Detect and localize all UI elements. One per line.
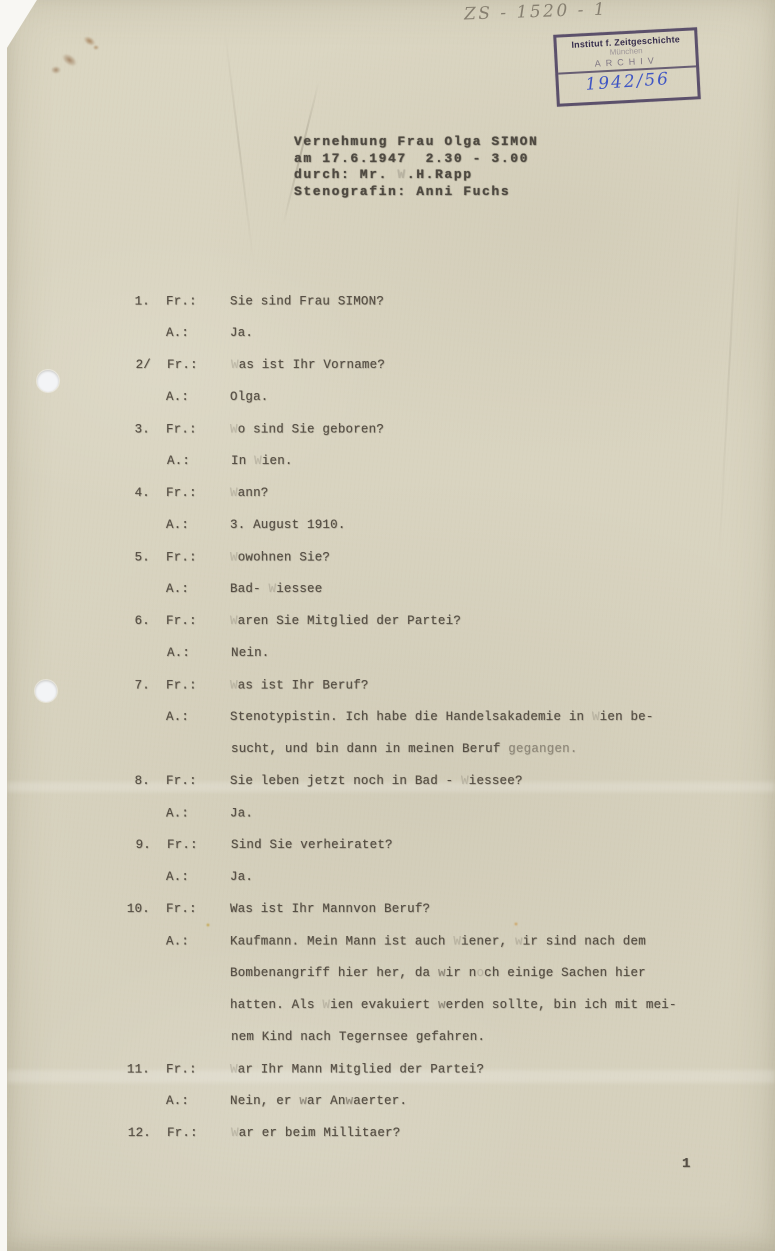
speaker-label: Fr.: xyxy=(157,1126,223,1140)
line-text: Wowohnen Sie? xyxy=(222,551,704,565)
transcript-line: 12. Fr.: War er beim Millitaer? xyxy=(105,1126,705,1140)
question-number: 7. xyxy=(104,679,156,693)
hole-punch-bottom xyxy=(35,680,57,702)
speaker-label: Fr.: xyxy=(156,614,222,628)
line-text: Was ist Ihr Vorname? xyxy=(223,358,705,372)
question-number xyxy=(104,518,156,532)
speaker-label: Fr.: xyxy=(156,423,222,437)
line-text: Ja. xyxy=(222,326,704,340)
speaker-label: A.: xyxy=(156,710,222,724)
speaker-label xyxy=(157,742,223,756)
question-number xyxy=(104,935,156,949)
transcript-line: 1. Fr.: Sie sind Frau SIMON? xyxy=(104,295,704,309)
line-text: nem Kind nach Tegernsee gefahren. xyxy=(223,1030,705,1044)
speaker-label: A.: xyxy=(156,582,222,596)
line-text: Was ist Ihr Mannvon Beruf? xyxy=(222,902,704,916)
speaker-label: A.: xyxy=(156,326,222,340)
page-number: 1 xyxy=(682,1156,690,1172)
line-text: Sie leben jetzt noch in Bad - Wiessee? xyxy=(222,774,704,788)
speaker-label: A.: xyxy=(157,646,223,660)
line-text: hatten. Als Wien evakuiert werden sollte… xyxy=(222,998,704,1012)
transcript-line: 10. Fr.: Was ist Ihr Mannvon Beruf? xyxy=(104,902,704,916)
transcript-line: nem Kind nach Tegernsee gefahren. xyxy=(105,1030,705,1044)
question-number: 9. xyxy=(105,838,157,852)
transcript-line: A.: Ja. xyxy=(104,326,704,340)
transcript-line: A.: In Wien. xyxy=(105,454,705,468)
line-text: Wann? xyxy=(222,486,704,500)
question-number: 2/ xyxy=(105,358,157,372)
speaker-label: Fr.: xyxy=(156,679,222,693)
line-text: War er beim Millitaer? xyxy=(223,1126,705,1140)
speaker-label: Fr.: xyxy=(157,838,223,852)
question-number xyxy=(105,1030,157,1044)
transcript-line: 5. Fr.: Wowohnen Sie? xyxy=(104,551,704,565)
transcript-line: 7. Fr.: Was ist Ihr Beruf? xyxy=(104,679,704,693)
transcript-line: A.: Olga. xyxy=(104,390,704,404)
ink-stain xyxy=(51,66,61,74)
line-text: Nein. xyxy=(223,646,705,660)
line-text: Ja. xyxy=(222,807,704,821)
hole-punch-top xyxy=(37,370,59,392)
line-text: Sind Sie verheiratet? xyxy=(223,838,705,852)
transcript-line: A.: Nein. xyxy=(105,646,705,660)
transcript-line: 11. Fr.: War Ihr Mann Mitglied der Parte… xyxy=(104,1063,704,1077)
question-number xyxy=(104,998,156,1012)
line-text: Waren Sie Mitglied der Partei? xyxy=(222,614,704,628)
line-text: Was ist Ihr Beruf? xyxy=(222,679,704,693)
header-date-line: am 17.6.1947 2.30 - 3.00 xyxy=(294,151,538,168)
question-number xyxy=(104,582,156,596)
question-number: 6. xyxy=(104,614,156,628)
interrogation-header: Vernehmung Frau Olga SIMON am 17.6.1947 … xyxy=(294,134,538,200)
transcript-line: Bombenangriff hier her, da wir noch eini… xyxy=(104,966,704,980)
speaker-label: A.: xyxy=(156,518,222,532)
question-number xyxy=(104,710,156,724)
transcript-line: A.: Ja. xyxy=(104,870,704,884)
transcript-line: A.: Nein, er war Anwaerter. xyxy=(104,1094,704,1108)
speaker-label xyxy=(156,966,222,980)
line-text: Olga. xyxy=(222,390,704,404)
question-number xyxy=(104,390,156,404)
line-text: In Wien. xyxy=(223,454,705,468)
line-text: Bad- Wiessee xyxy=(222,582,704,596)
question-number xyxy=(105,742,157,756)
question-number xyxy=(104,326,156,340)
question-number xyxy=(104,1094,156,1108)
speaker-label: Fr.: xyxy=(156,486,222,500)
speaker-label: Fr.: xyxy=(156,295,222,309)
line-text: 3. August 1910. xyxy=(222,518,704,532)
qa-transcript: 1. Fr.: Sie sind Frau SIMON? A.: Ja. 2/ … xyxy=(104,294,704,1158)
speaker-label: Fr.: xyxy=(157,358,223,372)
transcript-line: 6. Fr.: Waren Sie Mitglied der Partei? xyxy=(104,614,704,628)
question-number: 5. xyxy=(104,551,156,565)
transcript-line: hatten. Als Wien evakuiert werden sollte… xyxy=(104,998,704,1012)
line-text: Kaufmann. Mein Mann ist auch Wiener, wir… xyxy=(222,935,704,949)
archive-stamp: Institut f. Zeitgeschichte München ARCHI… xyxy=(553,27,701,106)
question-number: 10. xyxy=(104,902,156,916)
speaker-label xyxy=(157,1030,223,1044)
scanned-document-page: ZS - 1520 - 1 Institut f. Zeitgeschichte… xyxy=(0,0,775,1251)
transcript-line: 8. Fr.: Sie leben jetzt noch in Bad - Wi… xyxy=(104,774,704,788)
ink-stain xyxy=(93,45,99,50)
transcript-line: A.: 3. August 1910. xyxy=(104,518,704,532)
question-number: 1. xyxy=(104,295,156,309)
question-number xyxy=(104,966,156,980)
speaker-label: A.: xyxy=(157,454,223,468)
header-interrogator-line: durch: Mr. W.H.Rapp xyxy=(294,167,538,184)
line-text: Ja. xyxy=(222,870,704,884)
speaker-label: Fr.: xyxy=(156,902,222,916)
speaker-label: A.: xyxy=(156,390,222,404)
question-number xyxy=(105,454,157,468)
transcript-line: 3. Fr.: Wo sind Sie geboren? xyxy=(104,423,704,437)
transcript-line: A.: Ja. xyxy=(104,807,704,821)
question-number: 4. xyxy=(104,486,156,500)
transcript-line: A.: Kaufmann. Mein Mann ist auch Wiener,… xyxy=(104,935,704,949)
transcript-line: A.: Bad- Wiessee xyxy=(104,582,704,596)
line-text: Wo sind Sie geboren? xyxy=(222,423,704,437)
transcript-line: sucht, und bin dann in meinen Beruf gega… xyxy=(105,742,705,756)
speaker-label: Fr.: xyxy=(156,551,222,565)
speaker-label: Fr.: xyxy=(156,1063,222,1077)
question-number: 11. xyxy=(104,1063,156,1077)
line-text: Bombenangriff hier her, da wir noch eini… xyxy=(222,966,704,980)
speaker-label: A.: xyxy=(156,935,222,949)
question-number xyxy=(104,807,156,821)
line-text: Sie sind Frau SIMON? xyxy=(222,295,704,309)
speaker-label: A.: xyxy=(156,807,222,821)
transcript-line: 9. Fr.: Sind Sie verheiratet? xyxy=(105,838,705,852)
question-number xyxy=(105,646,157,660)
speaker-label: A.: xyxy=(156,870,222,884)
line-text: Stenotypistin. Ich habe die Handelsakade… xyxy=(222,710,704,724)
line-text: Nein, er war Anwaerter. xyxy=(222,1094,704,1108)
question-number: 8. xyxy=(104,774,156,788)
question-number: 12. xyxy=(105,1126,157,1140)
line-text: sucht, und bin dann in meinen Beruf gega… xyxy=(223,742,705,756)
question-number: 3. xyxy=(104,423,156,437)
speaker-label xyxy=(156,998,222,1012)
header-stenographer-line: Stenografin: Anni Fuchs xyxy=(294,184,538,201)
speaker-label: A.: xyxy=(156,1094,222,1108)
speaker-label: Fr.: xyxy=(156,774,222,788)
transcript-line: 2/ Fr.: Was ist Ihr Vorname? xyxy=(105,358,705,372)
header-title-line: Vernehmung Frau Olga SIMON xyxy=(294,134,538,151)
question-number xyxy=(104,870,156,884)
transcript-line: 4. Fr.: Wann? xyxy=(104,486,704,500)
line-text: War Ihr Mann Mitglied der Partei? xyxy=(222,1063,704,1077)
transcript-line: A.: Stenotypistin. Ich habe die Handelsa… xyxy=(104,710,704,724)
